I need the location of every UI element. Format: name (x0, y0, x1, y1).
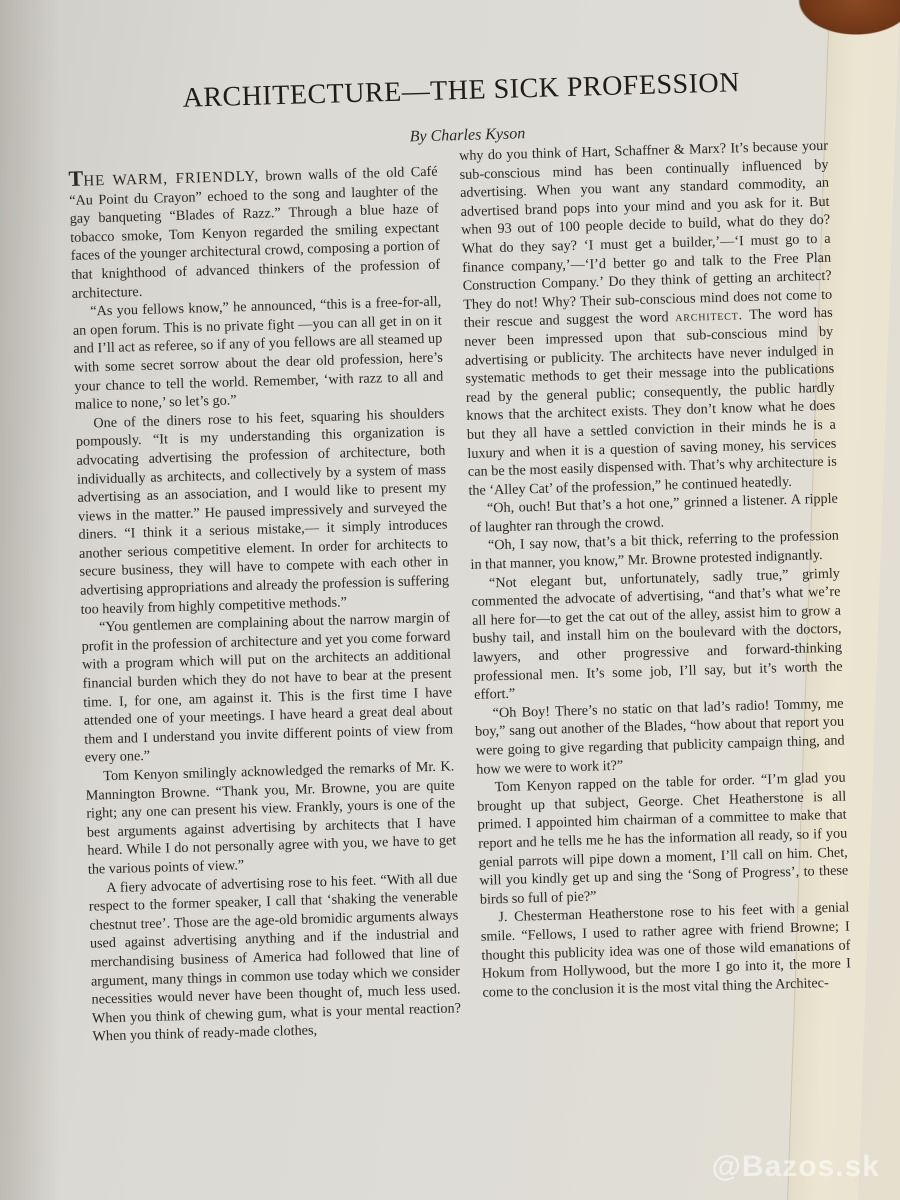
paragraph: why do you think of Hart, Schaffner & Ma… (459, 137, 838, 500)
drop-cap: T (68, 166, 83, 191)
paragraph: A fiery advocate of advertising rose to … (88, 869, 462, 1047)
lead-in: HE WARM, FRIENDLY, (83, 169, 259, 190)
paragraph-text: why do you think of Hart, Schaffner & Ma… (459, 138, 832, 332)
watermark: @Bazos.sk (712, 1150, 880, 1184)
article-title: ARCHITECTURE—THE SICK PROFESSION (66, 65, 827, 118)
magazine-page: ARCHITECTURE—THE SICK PROFESSION By Char… (0, 0, 900, 1200)
paragraph-text: The word has never been impressed upon t… (464, 305, 837, 499)
paragraph: “Oh Boy! There’s no static on that lad’s… (474, 694, 845, 779)
table-background (790, 0, 900, 40)
paragraph: Tom Kenyon smilingly acknowledged the re… (85, 757, 457, 879)
left-column: THE WARM, FRIENDLY, brown walls of the o… (68, 160, 461, 1047)
page-shadow (0, 0, 60, 1200)
paragraph: “Not elegant but, unfortunately, sadly t… (471, 564, 843, 704)
paragraph: “As you fellows know,” he announced, “th… (72, 293, 444, 415)
right-column: why do you think of Hart, Schaffner & Ma… (459, 137, 853, 1036)
small-caps-word: architect. (675, 308, 743, 326)
article-columns: THE WARM, FRIENDLY, brown walls of the o… (68, 149, 852, 1047)
article: ARCHITECTURE—THE SICK PROFESSION By Char… (66, 65, 853, 1047)
paragraph: One of the diners rose to his feet, squa… (75, 404, 450, 619)
paragraph: J. Chesterman Heatherstone rose to his f… (480, 899, 851, 1002)
paragraph: THE WARM, FRIENDLY, brown walls of the o… (68, 160, 441, 303)
paragraph: “You gentlemen are complaining about the… (81, 609, 454, 768)
paragraph: Tom Kenyon rapped on the table for order… (477, 769, 849, 909)
